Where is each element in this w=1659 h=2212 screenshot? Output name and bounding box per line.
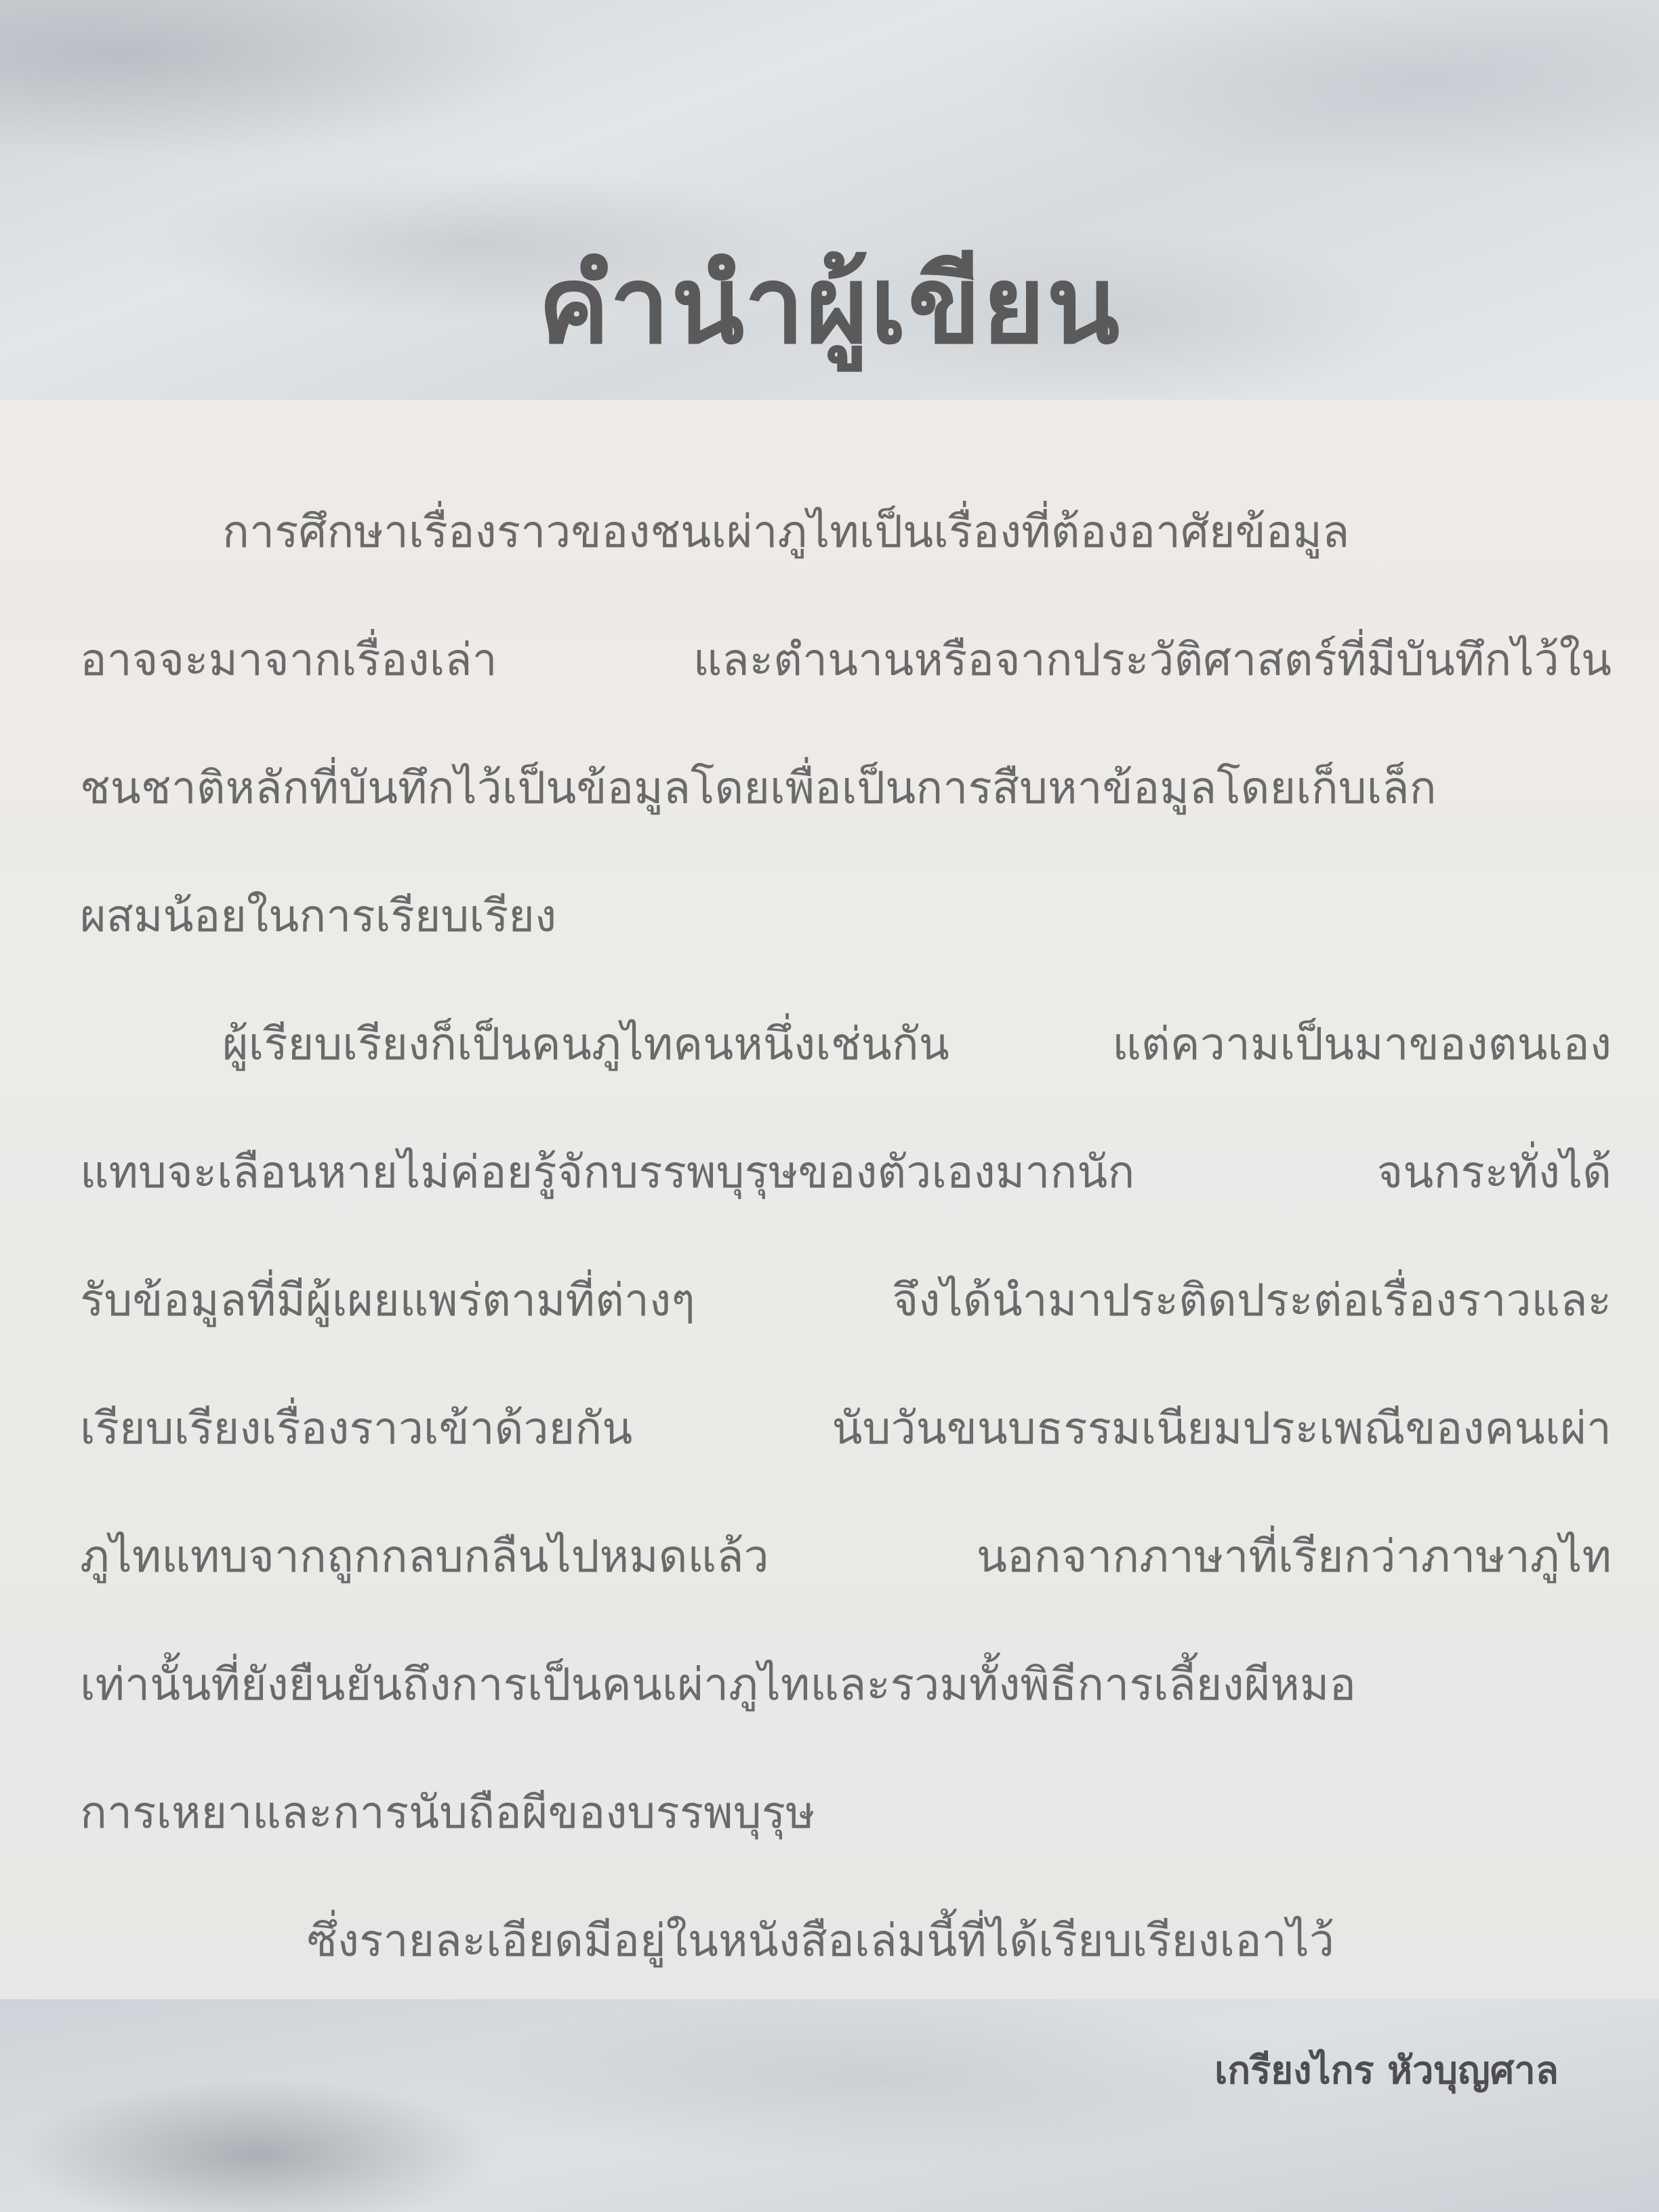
text-line: ภูไทแทบจากถูกกลบกลืนไปหมดแล้ว นอกจากภาษา… [80, 1492, 1612, 1620]
text-line: ชนชาติหลักที่บันทึกไว้เป็นข้อมูลโดยเพื่อ… [80, 724, 1612, 852]
text-line: ผสมน้อยในการเรียบเรียง [80, 852, 1612, 980]
text-line: ซึ่งรายละเอียดมีอยู่ในหนังสือเล่มนี้ที่ไ… [80, 1877, 1612, 2005]
page-title: คำนำผู้เขียน [0, 238, 1659, 373]
text-line: รับข้อมูลที่มีผู้เผยแพร่ตามที่ต่างๆ จึงไ… [80, 1236, 1612, 1364]
paragraph-2: ผู้เรียบเรียงก็เป็นคนภูไทคนหนึ่งเช่นกัน … [80, 980, 1612, 1877]
text-line: แทบจะเลือนหายไม่ค่อยรู้จักบรรพบุรุษของตั… [80, 1108, 1612, 1236]
text-line: เท่านั้นที่ยังยืนยันถึงการเป็นคนเผ่าภูไท… [80, 1620, 1612, 1748]
text-line: เรียบเรียงเรื่องราวเข้าด้วยกัน นับวันขนบ… [80, 1364, 1612, 1492]
preface-body: การศึกษาเรื่องราวของชนเผ่าภูไทเป็นเรื่อง… [80, 468, 1612, 2005]
marbled-footer-background [0, 1999, 1659, 2212]
author-signature: เกรียงไกร หัวบุญศาล [1152, 2040, 1559, 2100]
text-line: การศึกษาเรื่องราวของชนเผ่าภูไทเป็นเรื่อง… [80, 468, 1612, 596]
text-line: อาจจะมาจากเรื่องเล่า และตำนานหรือจากประว… [80, 596, 1612, 724]
paragraph-1: การศึกษาเรื่องราวของชนเผ่าภูไทเป็นเรื่อง… [80, 468, 1612, 980]
paragraph-3: ซึ่งรายละเอียดมีอยู่ในหนังสือเล่มนี้ที่ไ… [80, 1877, 1612, 2005]
text-line: การเหยาและการนับถือผีของบรรพบุรุษ [80, 1748, 1612, 1877]
text-line: ผู้เรียบเรียงก็เป็นคนภูไทคนหนึ่งเช่นกัน … [80, 980, 1612, 1108]
